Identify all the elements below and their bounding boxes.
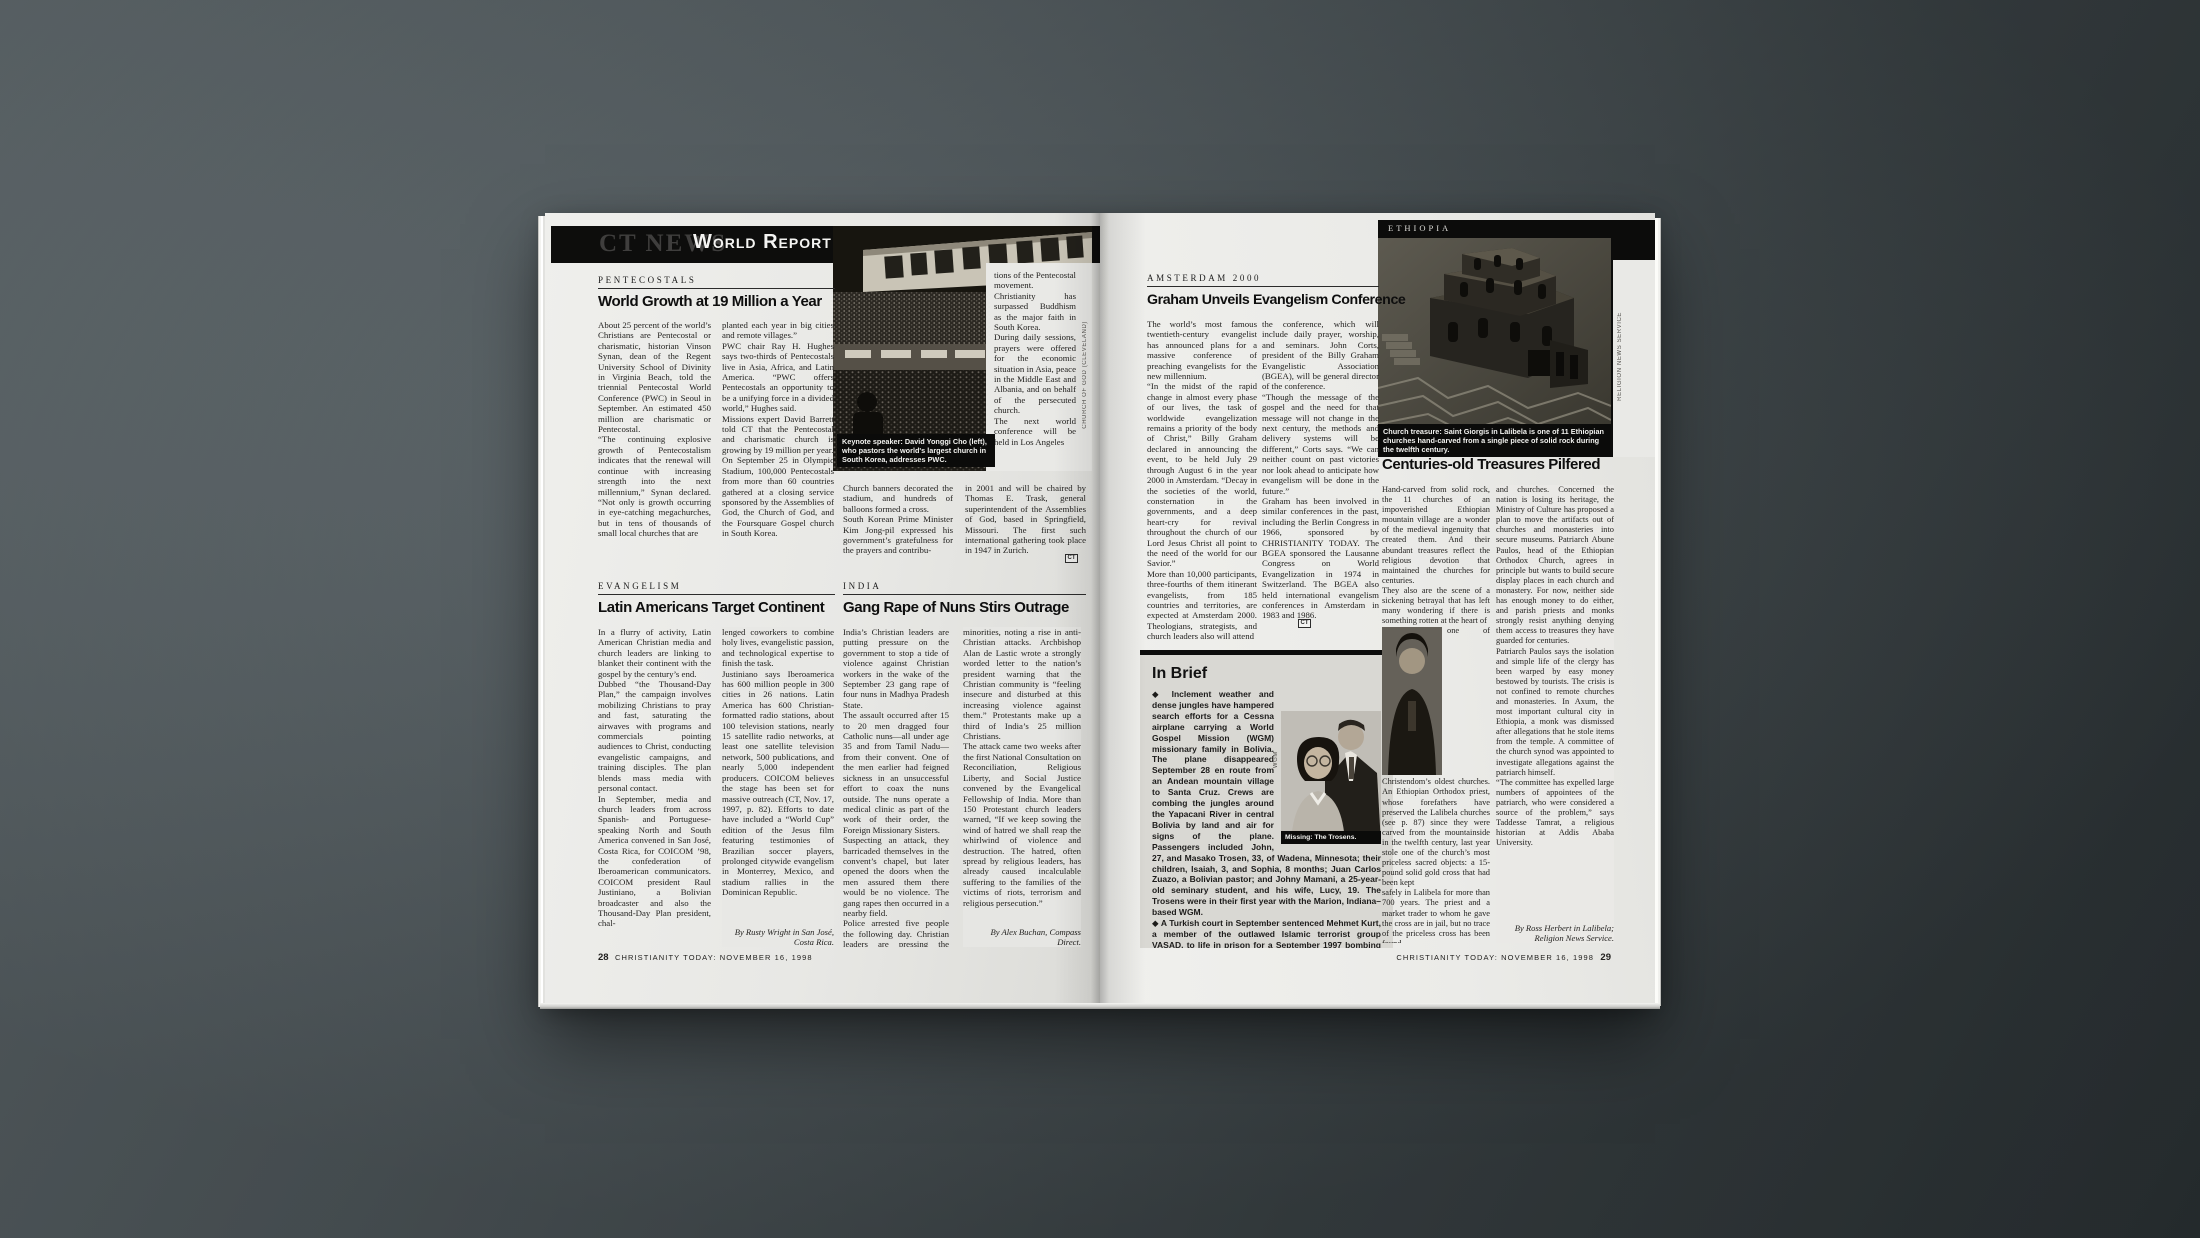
lalibela-photo-block: ETHIOPIA: [1378, 220, 1655, 457]
headline-evangelism: Latin Americans Target Continent: [598, 599, 824, 616]
end-mark: CT: [1298, 619, 1311, 628]
india-column-1: India’s Christian leaders are putting pr…: [843, 627, 949, 947]
treasures-byline: By Ross Herbert in Lalibela; Religion Ne…: [1496, 923, 1614, 943]
amsterdam-column-2: the conference, which will include daily…: [1262, 319, 1379, 647]
pentecostals-column-3-text: Church banners decorated the stadium, an…: [843, 483, 953, 556]
lalibela-church-photo: [1378, 238, 1611, 435]
amsterdam-column-2-text: the conference, which will include daily…: [1262, 319, 1379, 621]
stadium-photo-caption: Keynote speaker: David Yonggi Cho (left)…: [837, 434, 995, 467]
lalibela-photo-credit: RELIGION NEWS SERVICE: [1617, 312, 1623, 401]
treasures-wrap-zone: one of Christendom’s oldest churches. An…: [1382, 626, 1490, 943]
pentecostals-column-1: About 25 percent of the world’s Christia…: [598, 320, 711, 576]
in-brief-title: In Brief: [1152, 665, 1381, 683]
trosen-photo-caption: Missing: The Trosens.: [1281, 831, 1381, 844]
headline-pentecostals: World Growth at 19 Million a Year: [598, 293, 822, 310]
evangelism-column-2: lenged coworkers to combine holy lives, …: [722, 627, 834, 947]
priest-photo: [1382, 627, 1442, 775]
page-stack-edge-bottom: [540, 1003, 1660, 1009]
page-stack-edge-right: [1655, 218, 1661, 1006]
footer-left-text: CHRISTIANITY TODAY: NOVEMBER 16, 1998: [615, 953, 813, 962]
kicker-amsterdam: AMSTERDAM 2000: [1147, 273, 1379, 287]
photo-margin-strip: RELIGION NEWS SERVICE: [1613, 260, 1655, 457]
page-left: CT NEWS World Report: [545, 213, 1100, 1003]
evangelism-column-1: In a flurry of activity, Latin American …: [598, 627, 711, 947]
india-byline: By Alex Buchan, Compass Direct.: [963, 927, 1081, 947]
page-number-right: 29: [1600, 952, 1611, 963]
stadium-crowd-photo: tions of the Pentecostal movement. Chris…: [833, 226, 1092, 471]
kicker-pentecostals: PENTECOSTALS: [598, 275, 835, 289]
world-report-title: World Report: [693, 231, 832, 254]
pentecostals-column-1-text: About 25 percent of the world’s Christia…: [598, 320, 711, 539]
kicker-india: INDIA: [843, 581, 1086, 595]
treasures-column-2-text: and churches. Concerned the nation is lo…: [1496, 485, 1614, 848]
page-right: ETHIOPIA: [1100, 213, 1655, 1003]
stadium-photo-credit: CHURCH OF GOD (CLEVELAND): [1082, 321, 1088, 429]
india-column-1-text: India’s Christian leaders are putting pr…: [843, 627, 949, 947]
page-stack-edge-left: [538, 216, 545, 1007]
pentecostals-column-3: Church banners decorated the stadium, an…: [843, 483, 953, 576]
page-number-left: 28: [598, 952, 609, 963]
lalibela-photo-caption: Church treasure: Saint Giorgis in Lalibe…: [1378, 424, 1611, 457]
trosen-photo-credit: WGM: [1273, 751, 1279, 768]
pentecostals-column-2-text: planted each year in big cities and remo…: [722, 320, 834, 539]
kicker-evangelism: EVANGELISM: [598, 581, 835, 595]
amsterdam-column-1-text: The world’s most famous twentieth-centur…: [1147, 319, 1257, 642]
headline-treasures: Centuries-old Treasures Pilfered: [1382, 456, 1600, 473]
headline-amsterdam: Graham Unveils Evangelism Conference: [1147, 292, 1405, 308]
kicker-ethiopia: ETHIOPIA: [1388, 223, 1451, 233]
article-text-inset: tions of the Pentecostal movement. Chris…: [986, 263, 1092, 471]
pentecostals-column-4: in 2001 and will be chaired by Thomas E.…: [965, 483, 1086, 576]
evangelism-byline: By Rusty Wright in San José, Costa Rica.: [722, 927, 834, 947]
india-column-2-text: minorities, noting a rise in anti-Christ…: [963, 627, 1081, 908]
in-brief-box: In Brief: [1140, 650, 1393, 948]
treasures-column-2: and churches. Concerned the nation is lo…: [1496, 485, 1614, 943]
footer-left: 28 CHRISTIANITY TODAY: NOVEMBER 16, 1998: [598, 952, 813, 963]
footer-right-text: CHRISTIANITY TODAY: NOVEMBER 16, 1998: [1396, 953, 1594, 962]
treasures-column-1: Hand-carved from solid rock, the 11 chur…: [1382, 485, 1490, 943]
treasures-column-1-top-text: Hand-carved from solid rock, the 11 chur…: [1382, 485, 1490, 626]
amsterdam-column-1: The world’s most famous twentieth-centur…: [1147, 319, 1257, 647]
pentecostals-column-4-text: in 2001 and will be chaired by Thomas E.…: [965, 483, 1086, 556]
trosen-family-photo: Missing: The Trosens. WGM: [1281, 711, 1381, 844]
evangelism-column-2-text: lenged coworkers to combine holy lives, …: [722, 627, 834, 898]
pentecostals-inset-column: tions of the Pentecostal movement. Chris…: [994, 270, 1076, 447]
pentecostals-column-2: planted each year in big cities and remo…: [722, 320, 834, 576]
footer-right: CHRISTIANITY TODAY: NOVEMBER 16, 1998 29: [1396, 952, 1611, 963]
india-column-2: minorities, noting a rise in anti-Christ…: [963, 627, 1081, 947]
headline-india: Gang Rape of Nuns Stirs Outrage: [843, 599, 1069, 616]
end-mark: CT: [1065, 554, 1078, 563]
magazine-spread: CT NEWS World Report: [545, 213, 1655, 1003]
evangelism-column-1-text: In a flurry of activity, Latin American …: [598, 627, 711, 929]
